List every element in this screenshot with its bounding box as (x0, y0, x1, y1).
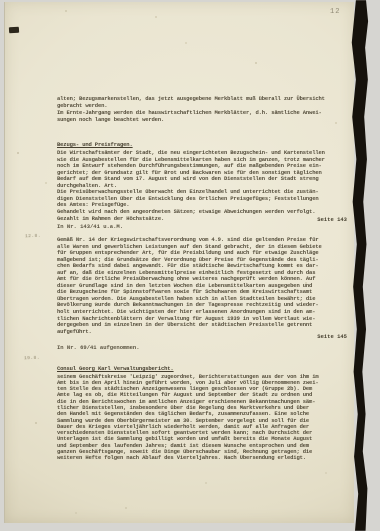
page-reference-1: Seite 143 (57, 216, 347, 223)
heading-text: Consul Georg Karl Verwaltungsbericht. (57, 366, 351, 373)
text-line: alten; Bezugsmarkenstellen, das jetzt au… (57, 95, 351, 102)
paper-speckles (5, 2, 7, 4)
text-line: Gehandelt wird nach den angeordneten Sät… (57, 209, 351, 216)
scanned-document-view: 12 12.8. 19.8. alten; Bezugsmarkenstelle… (0, 0, 380, 531)
text-line: gebracht werden. (57, 102, 351, 109)
source-note-1: In Nr. 143/41 u.a.M. (57, 223, 123, 230)
margin-stamp-mark (9, 27, 19, 34)
heading-text: Bezugs- und Preisfragen. (57, 142, 351, 149)
paragraph-supply: Die Wirtschaftsämter der Stadt, die neu … (57, 150, 351, 215)
text-line: sungen noch lange beachtet werden. (57, 116, 351, 123)
paragraph-report: seinem Geschäftskreise 'Leipzig' zugeord… (57, 374, 351, 462)
text-line: dergegeben und im einzelnen in der Übers… (57, 322, 351, 329)
margin-date-note-1: 12.8. (25, 234, 41, 240)
paragraph-prices: Gemäß Nr. 14 der Kriegswirtschaftsverord… (57, 237, 351, 335)
page-reference-2: Seite 145 (57, 333, 347, 340)
heading-report: Consul Georg Karl Verwaltungsbericht. (57, 366, 351, 373)
pencil-page-number: 12 (330, 8, 352, 16)
text-line: weiteren Hefte folgen nach Ablauf des Vi… (57, 455, 351, 461)
heading-supply-prices: Bezugs- und Preisfragen. (57, 142, 351, 149)
source-note-2: In Nr. 69/41 aufgenommen. (57, 344, 140, 351)
margin-date-note-2: 19.8. (24, 356, 40, 362)
paragraph-intro: alten; Bezugsmarkenstellen, das jetzt au… (57, 95, 351, 123)
text-line: Im Ernte-Jahrgang werden die hauswirtsch… (57, 109, 351, 116)
